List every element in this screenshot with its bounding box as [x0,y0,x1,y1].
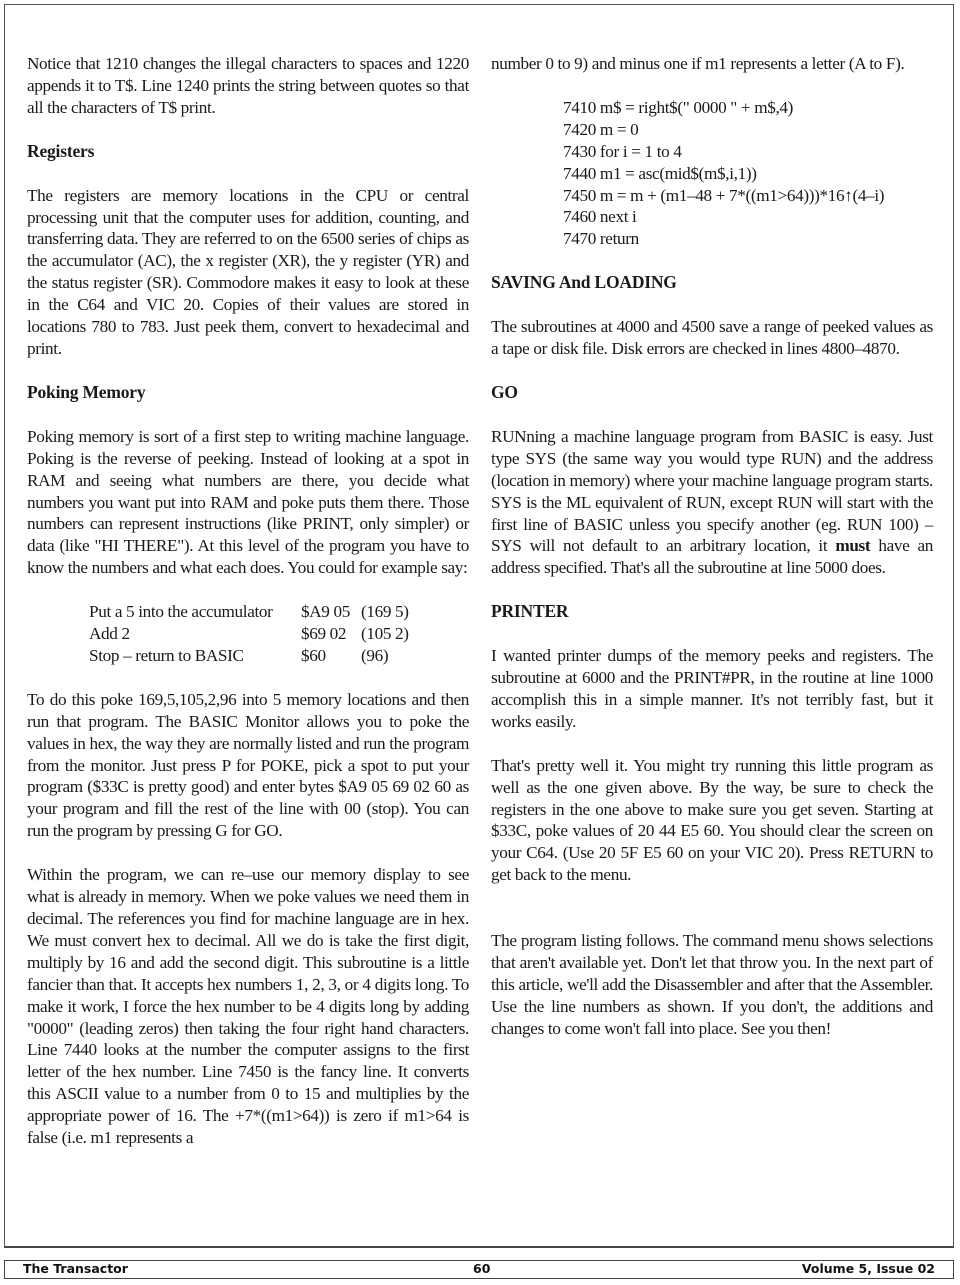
left-column: Notice that 1210 changes the illegal cha… [27,53,469,1171]
paragraph: RUNning a machine language program from … [491,426,933,579]
paragraph: Poking memory is sort of a first step to… [27,426,469,579]
emphasis-must: must [835,536,870,555]
issue-label: Volume 5, Issue 02 [802,1261,935,1277]
code-line: 7470 return [563,228,933,250]
table-row: Stop – return to BASIC $60 (96) [89,645,469,667]
page-number: 60 [473,1261,490,1277]
instruction-hex: $69 02 [301,623,361,645]
instruction-dec: (169 5) [361,601,409,623]
code-line: 7460 next i [563,206,933,228]
paragraph: The program listing follows. The command… [491,930,933,1040]
code-line: 7410 m$ = right$(" 0000 " + m$,4) [563,97,933,119]
example-instruction-table: Put a 5 into the accumulator $A9 05 (169… [89,601,469,667]
heading-poking-memory: Poking Memory [27,382,469,404]
heading-go: GO [491,382,933,404]
code-line: 7430 for i = 1 to 4 [563,141,933,163]
paragraph: The subroutines at 4000 and 4500 save a … [491,316,933,360]
table-row: Add 2 $69 02 (105 2) [89,623,469,645]
right-column: number 0 to 9) and minus one if m1 repre… [491,53,933,1062]
heading-printer: PRINTER [491,601,933,623]
publication-name: The Transactor [23,1261,128,1277]
code-line: 7440 m1 = asc(mid$(m$,i,1)) [563,163,933,185]
heading-registers: Registers [27,141,469,163]
paragraph: To do this poke 169,5,105,2,96 into 5 me… [27,689,469,842]
paragraph: Notice that 1210 changes the illegal cha… [27,53,469,119]
paragraph: That's pretty well it. You might try run… [491,755,933,886]
paragraph: number 0 to 9) and minus one if m1 repre… [491,53,933,75]
paragraph: I wanted printer dumps of the memory pee… [491,645,933,733]
instruction-hex: $60 [301,645,361,667]
instruction-dec: (96) [361,645,388,667]
instruction-desc: Add 2 [89,623,301,645]
instruction-desc: Put a 5 into the accumulator [89,601,301,623]
instruction-desc: Stop – return to BASIC [89,645,301,667]
code-line: 7420 m = 0 [563,119,933,141]
table-row: Put a 5 into the accumulator $A9 05 (169… [89,601,469,623]
code-line: 7450 m = m + (m1–48 + 7*((m1>64)))*16↑(4… [563,185,933,207]
instruction-hex: $A9 05 [301,601,361,623]
paragraph: Within the program, we can re–use our me… [27,864,469,1149]
basic-code-listing: 7410 m$ = right$(" 0000 " + m$,4) 7420 m… [563,97,933,250]
paragraph: The registers are memory locations in th… [27,185,469,360]
heading-saving-loading: SAVING And LOADING [491,272,933,294]
instruction-dec: (105 2) [361,623,409,645]
page-footer: The Transactor 60 Volume 5, Issue 02 [4,1260,954,1279]
